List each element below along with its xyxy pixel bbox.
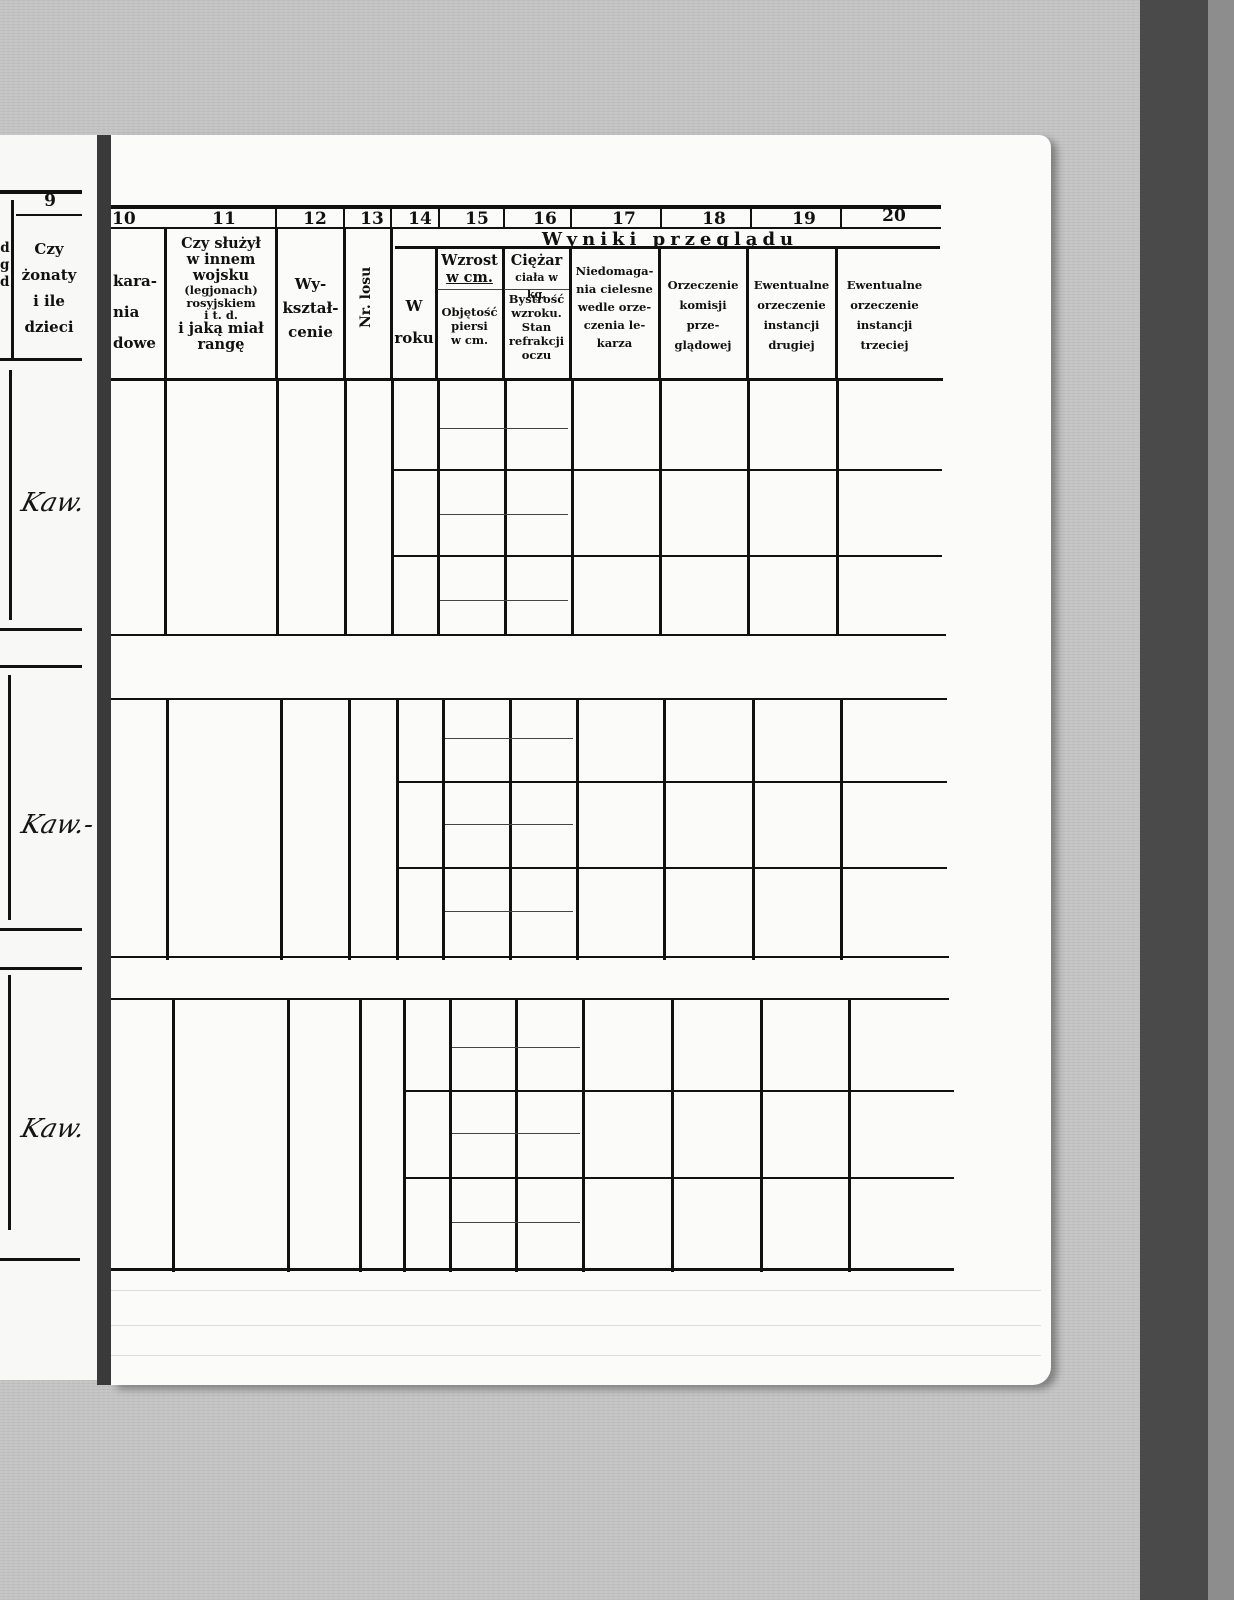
column-divider [164, 381, 167, 636]
sub-rule [440, 428, 568, 429]
column-number-14: 14 [398, 209, 442, 229]
column-divider [403, 1000, 406, 1272]
rule [0, 1258, 80, 1261]
tick [503, 208, 505, 228]
column-divider [659, 381, 662, 636]
rule [0, 665, 82, 668]
handwritten-entry-2: Kaw.- [18, 810, 97, 840]
tick [275, 208, 277, 228]
year-rule [394, 555, 942, 557]
column-divider [8, 675, 11, 920]
year-rule [406, 1177, 954, 1179]
column-divider [848, 1000, 851, 1272]
tick [840, 208, 842, 228]
handwritten-entry-3: Kaw. [18, 1114, 88, 1144]
header-col-15-top: Wzrostw cm. [437, 252, 502, 286]
header-col-13: Nr. losu [358, 268, 374, 328]
year-rule [399, 867, 947, 869]
record-top-rule [111, 998, 949, 1000]
column-number-12: 12 [282, 209, 348, 229]
banner-rule [395, 246, 940, 249]
column-divider [840, 700, 843, 960]
column-divider [760, 1000, 763, 1272]
tick [438, 208, 440, 228]
column-number-19: 19 [760, 209, 848, 229]
column-number-18: 18 [670, 209, 758, 229]
column-divider [836, 381, 839, 636]
column-divider [280, 700, 283, 960]
record-top-rule [111, 698, 947, 700]
sub-rule [440, 600, 568, 601]
column-divider [582, 1000, 585, 1272]
year-rule [399, 781, 947, 783]
sub-rule [445, 824, 573, 825]
column-divider [396, 700, 399, 960]
column-divider [172, 1000, 175, 1272]
faint-rule [111, 1290, 1041, 1291]
sub-rule [452, 1133, 580, 1134]
column-number-13: 13 [350, 209, 394, 229]
column-divider [663, 700, 666, 960]
column-divider [348, 700, 351, 960]
sub-rule [445, 911, 573, 912]
column-divider [9, 370, 12, 620]
tick [660, 208, 662, 228]
column-divider [287, 1000, 290, 1272]
header-col-14: Wroku [393, 290, 435, 354]
column-divider [509, 700, 512, 960]
column-divider [747, 381, 750, 636]
column-number-15: 15 [444, 209, 510, 229]
column-divider [752, 700, 755, 960]
header-col-17: Niedomaga-nia cielesnewedle orze-czenia … [571, 262, 658, 352]
header-col-20: Ewentualneorzeczenieinstancjitrzeciej [837, 275, 932, 355]
handwritten-entry-1: Kaw. [18, 488, 88, 518]
column-divider [504, 381, 507, 636]
scanner-edge-band [1140, 0, 1208, 1600]
column-divider [166, 700, 169, 960]
record-bottom-rule [111, 634, 946, 636]
year-rule [394, 469, 942, 471]
column-divider [437, 381, 440, 636]
column-number-9: 9 [18, 191, 82, 211]
header-col-11: Czy służył w innem wojsku (legjonach) ro… [167, 236, 275, 353]
header-bottom-rule [111, 378, 943, 381]
sub-rule [452, 1047, 580, 1048]
column-divider [11, 200, 14, 360]
column-number-20: 20 [850, 206, 938, 226]
column-divider [8, 975, 11, 1230]
column-number-11: 11 [168, 209, 280, 229]
partial-header: d gl. d- [0, 240, 10, 291]
column-number-10: 10 [112, 209, 162, 229]
header-col-16-bottom: Bystrośćwzroku.Stanrefrakcjioczu [504, 292, 569, 362]
record-bottom-rule [111, 956, 949, 958]
column-number-16: 16 [512, 209, 578, 229]
column-divider [344, 381, 347, 636]
year-rule [406, 1090, 954, 1092]
column-divider [515, 1000, 518, 1272]
record-bottom-rule [111, 1268, 954, 1271]
column-divider [391, 381, 394, 636]
tick [390, 208, 392, 228]
column-number-17: 17 [580, 209, 668, 229]
header-married-children: Czy żonaty i ile dzieci [16, 236, 82, 340]
sub-rule [445, 738, 573, 739]
header-col-15-bottom: Objętośćpiersiw cm. [437, 305, 502, 347]
header-col-12: Wy-kształ-cenie [278, 272, 343, 344]
sub-rule [452, 1222, 580, 1223]
header-col-19: Ewentualneorzeczenieinstancjidrugiej [748, 275, 835, 355]
page-spine [97, 135, 111, 1385]
column-divider [276, 381, 279, 636]
rule [0, 967, 82, 970]
scanner-edge-strip [1208, 0, 1234, 1600]
rule [0, 628, 82, 631]
rule [0, 928, 82, 931]
sub-rule [440, 514, 568, 515]
tick [750, 208, 752, 228]
column-divider [576, 700, 579, 960]
tick [343, 208, 345, 228]
column-divider [571, 381, 574, 636]
column-divider [449, 1000, 452, 1272]
column-divider [671, 1000, 674, 1272]
subheader-rule [437, 289, 502, 290]
faint-rule [111, 1355, 1041, 1356]
rule [16, 214, 82, 216]
tick [570, 208, 572, 228]
header-col-10: kara-niadowe [113, 266, 163, 359]
column-divider [359, 1000, 362, 1272]
column-divider [442, 700, 445, 960]
subheader-rule [504, 289, 569, 290]
rule [0, 358, 82, 361]
column-divider [343, 229, 346, 379]
faint-rule [111, 1325, 1041, 1326]
header-col-18: Orzeczeniekomisjiprze-glądowej [660, 275, 746, 355]
